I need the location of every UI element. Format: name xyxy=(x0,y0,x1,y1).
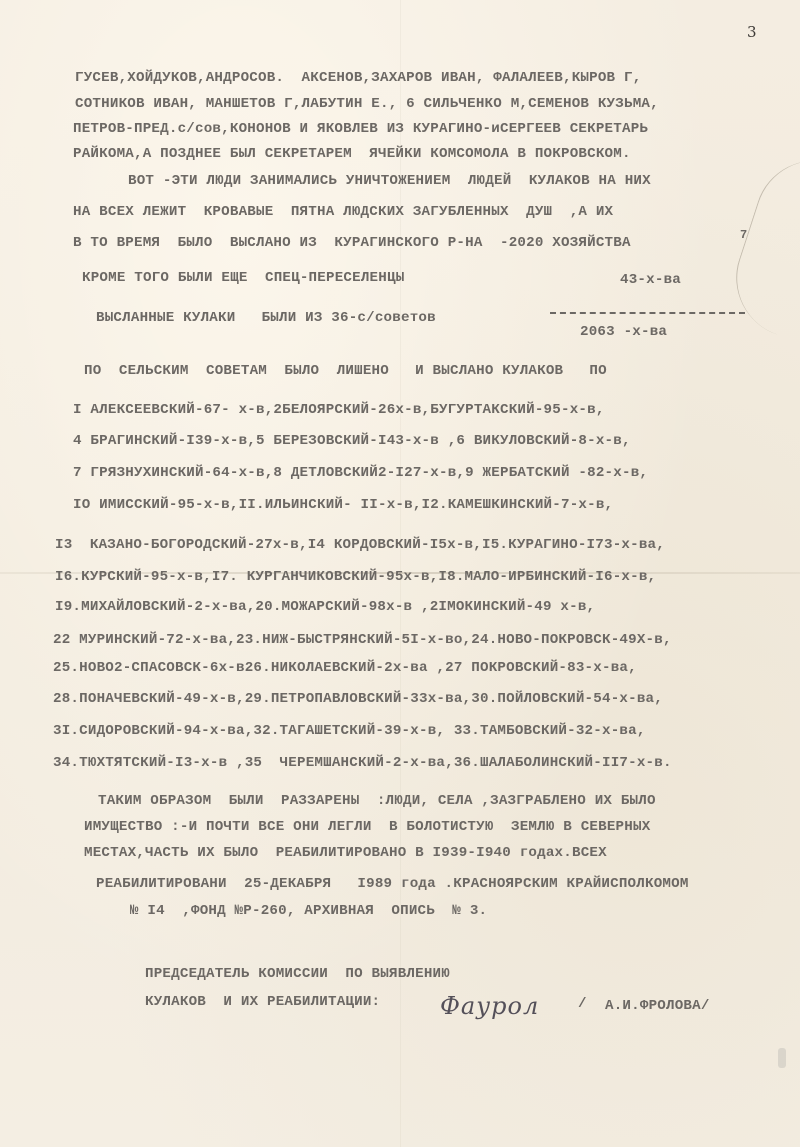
signatory-title-line-2: КУЛАКОВ И ИХ РЕАБИЛИТАЦИИ: xyxy=(145,994,380,1010)
paper-smudge xyxy=(778,1048,786,1068)
list-intro: ПО СЕЛЬСКИМ СОВЕТАМ БЫЛО ЛИШЕНО И ВЫСЛАН… xyxy=(84,363,607,379)
council-line-5: I3 КАЗАНО-БОГОРОДСКИЙ-27х-в,I4 КОРДОВСКИ… xyxy=(55,537,665,553)
signatory-name: А.И.ФРОЛОВА/ xyxy=(605,998,710,1014)
destruction-line-2: НА ВСЕХ ЛЕЖИТ КРОВАВЫЕ ПЯТНА ЛЮДСКИХ ЗАГ… xyxy=(73,204,613,220)
council-line-2: 4 БРАГИНСКИЙ-I39-х-в,5 БЕРЕЗОВСКИЙ-I43-х… xyxy=(73,433,631,449)
names-line-1: ГУСЕВ,ХОЙДУКОВ,АНДРОСОВ. АКСЕНОВ,ЗАХАРОВ… xyxy=(75,70,641,86)
names-line-2: СОТНИКОВ ИВАН, МАНШЕТОВ Г,ЛАБУТИН Е., 6 … xyxy=(75,96,659,112)
special-settlers-label: КРОМЕ ТОГО БЫЛИ ЕЩЕ СПЕЦ-ПЕРЕСЕЛЕНЦЫ xyxy=(82,270,404,286)
council-line-8: 22 МУРИНСКИЙ-72-х-ва,23.НИЖ-БЫСТРЯНСКИЙ-… xyxy=(53,632,672,648)
council-line-6: I6.КУРСКИЙ-95-х-в,I7. КУРГАНЧИКОВСКИЙ-95… xyxy=(55,569,656,585)
page-number: 3 xyxy=(747,23,757,41)
handwritten-signature: Фаурол xyxy=(440,992,539,1020)
conclusion-line-2: ИМУЩЕСТВО :-И ПОЧТИ ВСЕ ОНИ ЛЕГЛИ В БОЛО… xyxy=(84,819,650,835)
names-line-3: ПЕТРОВ-ПРЕД.с/сов,КОНОНОВ И ЯКОВЛЕВ ИЗ К… xyxy=(73,121,648,137)
sum-divider-rule xyxy=(550,312,745,314)
signature-separator: / xyxy=(578,996,587,1012)
destruction-line-1: ВОТ -ЭТИ ЛЮДИ ЗАНИМАЛИСЬ УНИЧТОЖЕНИЕМ ЛЮ… xyxy=(128,173,651,189)
footnote-mark: 7 xyxy=(740,228,747,242)
conclusion-line-5: № I4 ,ФОНД №Р-260, АРХИВНАЯ ОПИСЬ № 3. xyxy=(130,903,487,919)
council-line-10: 28.ПОНАЧЕВСКИЙ-49-х-в,29.ПЕТРОПАВЛОВСКИЙ… xyxy=(53,691,663,707)
special-settlers-value: 43-х-ва xyxy=(620,272,681,288)
conclusion-line-4: РЕАБИЛИТИРОВАНИ 25-ДЕКАБРЯ I989 года .КР… xyxy=(96,876,689,892)
council-line-1: I АЛЕКСЕЕВСКИЙ-67- х-в,2БЕЛОЯРСКИЙ-26х-в… xyxy=(73,402,605,418)
names-line-4: РАЙКОМА,А ПОЗДНЕЕ БЫЛ СЕКРЕТАРЕМ ЯЧЕЙКИ … xyxy=(73,146,631,162)
council-line-12: 34.ТЮХТЯТСКИЙ-I3-х-в ,35 ЧЕРЕМШАНСКИЙ-2-… xyxy=(53,755,672,771)
total-value: 2063 -х-ва xyxy=(580,324,667,340)
signatory-title-line-1: ПРЕДСЕДАТЕЛЬ КОМИССИИ ПО ВЫЯВЛЕНИЮ xyxy=(145,966,450,982)
council-line-11: 3I.СИДОРОВСКИЙ-94-х-ва,32.ТАГАШЕТСКИЙ-39… xyxy=(53,723,646,739)
conclusion-line-1: ТАКИМ ОБРАЗОМ БЫЛИ РАЗЗАРЕНЫ :ЛЮДИ, СЕЛА… xyxy=(98,793,656,809)
council-line-4: IO ИМИССКИЙ-95-х-в,II.ИЛЬИНСКИЙ- II-х-в,… xyxy=(73,497,613,513)
conclusion-line-3: МЕСТАХ,ЧАСТЬ ИХ БЫЛО РЕАБИЛИТИРОВАНО В I… xyxy=(84,845,607,861)
council-line-7: I9.МИХАЙЛОВСКИЙ-2-х-ва,20.МОЖАРСКИЙ-98х-… xyxy=(55,599,595,615)
council-line-9: 25.НОВО2-СПАСОВСК-6х-в26.НИКОЛАЕВСКИЙ-2х… xyxy=(53,660,637,676)
council-line-3: 7 ГРЯЗНУХИНСКИЙ-64-х-в,8 ДЕТЛОВСКИЙ2-I27… xyxy=(73,465,648,481)
exiled-from-label: ВЫСЛАННЫЕ КУЛАКИ БЫЛИ ИЗ 36-с/советов xyxy=(96,310,436,326)
destruction-line-3: В ТО ВРЕМЯ БЫЛО ВЫСЛАНО ИЗ КУРАГИНСКОГО … xyxy=(73,235,631,251)
